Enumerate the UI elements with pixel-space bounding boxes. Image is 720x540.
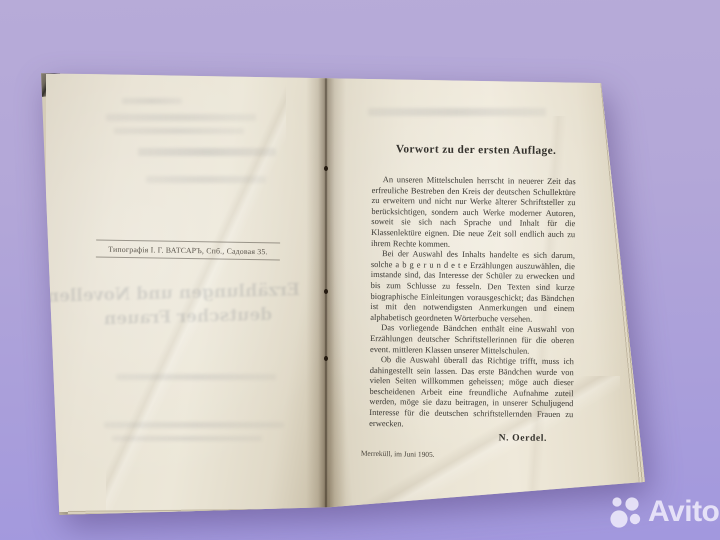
avito-logo-icon — [608, 494, 644, 530]
avito-wordmark: Avito — [648, 495, 719, 529]
page-heading: Vorwort zu der ersten Auflage. — [374, 143, 578, 157]
show-through-title-line: deutscher Frauen — [76, 303, 300, 331]
printer-imprint: Типографія І. Г. ВАТСАРЪ, Спб., Садовая … — [96, 245, 280, 257]
avito-watermark: Avito — [608, 494, 719, 530]
show-through-smudge — [146, 176, 266, 183]
show-through-smudge — [138, 148, 276, 156]
dateline: Merreküll, im Juni 1905. — [361, 449, 435, 459]
right-page-text: Vorwort zu der ersten Auflage. An unsere… — [326, 76, 645, 521]
show-through-smudge — [122, 98, 182, 104]
show-through-smudge — [112, 436, 262, 441]
right-page: Vorwort zu der ersten Auflage. An unsere… — [330, 76, 644, 518]
paragraph: An unseren Mittelschulen herrscht in neu… — [371, 174, 576, 250]
author-signature: N. Oerdel. — [369, 431, 573, 444]
binding-stitch — [324, 289, 328, 294]
book-photo: Типографія І. Г. ВАТСАРЪ, Спб., Садовая … — [0, 0, 720, 540]
printer-imprint-block: Типографія І. Г. ВАТСАРЪ, Спб., Садовая … — [96, 240, 280, 261]
show-through-smudge — [104, 422, 284, 428]
paragraph: Ob die Auswahl überall das Richtige trif… — [369, 354, 574, 430]
body-text: An unseren Mittelschulen herrscht in neu… — [369, 174, 576, 430]
show-through-title-line: Erzählungen und Novellen — [76, 279, 300, 307]
photo-background: Типографія І. Г. ВАТСАРЪ, Спб., Садовая … — [0, 0, 720, 540]
open-book: Типографія І. Г. ВАТСАРЪ, Спб., Садовая … — [38, 66, 648, 518]
paragraph: Das vorliegende Bändchen enthält eine Au… — [370, 322, 574, 356]
show-through-smudge — [116, 374, 276, 380]
show-through-smudge — [106, 114, 256, 121]
paragraph: Bei der Auswahl des Inhalts handelte es … — [370, 248, 575, 324]
show-through-smudge — [114, 128, 244, 134]
binding-stitch — [324, 166, 328, 171]
left-page: Типографія І. Г. ВАТСАРЪ, Спб., Садовая … — [46, 74, 330, 512]
book-gutter — [306, 70, 346, 514]
binding-stitch — [324, 356, 328, 361]
